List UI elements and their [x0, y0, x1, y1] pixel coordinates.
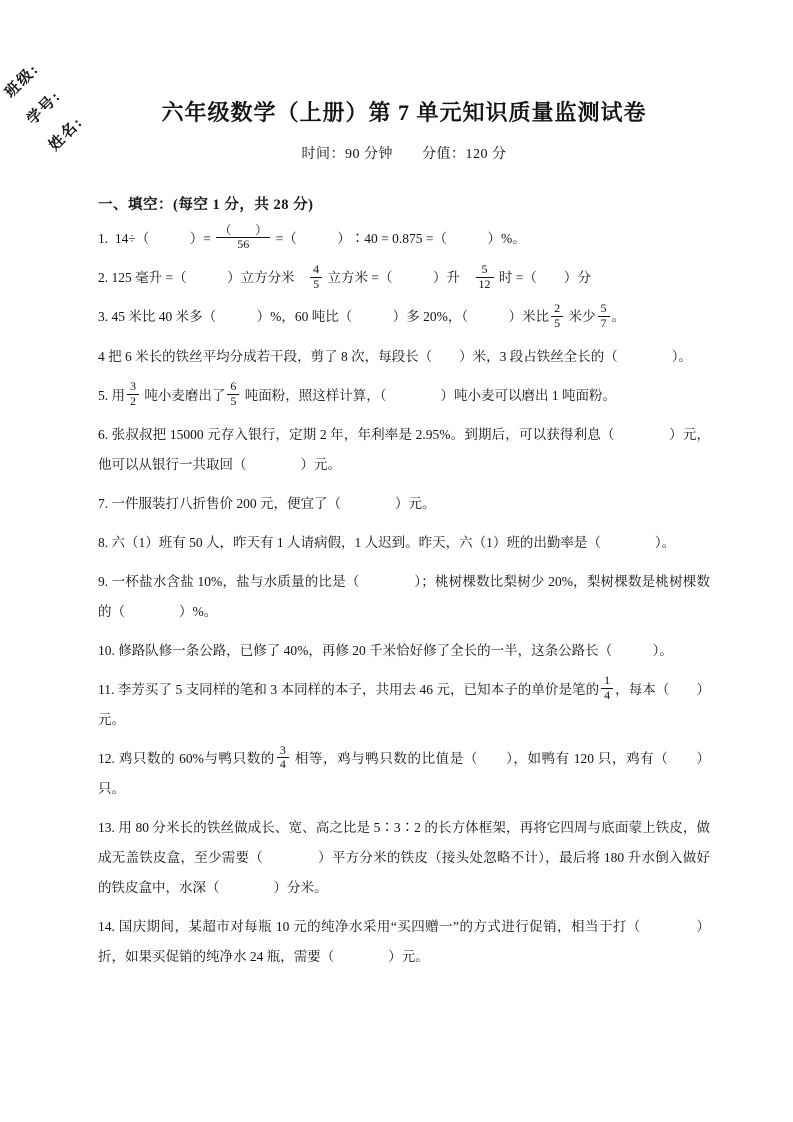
- fraction-numerator: 6: [227, 380, 239, 395]
- fraction: 512: [476, 263, 494, 292]
- fraction-denominator: 5: [310, 278, 322, 292]
- question: 8. 六（1）班有 50 人，昨天有 1 人请病假，1 人迟到。昨天，六（1）班…: [98, 528, 710, 558]
- fraction-numerator: 3: [277, 744, 289, 759]
- section-heading: 一、填空：(每空 1 分，共 28 分): [98, 193, 710, 214]
- fraction-denominator: 4: [277, 758, 289, 772]
- name-label: 姓名:: [44, 111, 88, 155]
- fraction: 14: [601, 674, 613, 703]
- question-list: 1. 14÷（ ）= （ ）56 =（ ）∶40 = 0.875 =（ ）%。2…: [98, 224, 710, 972]
- fraction: 65: [227, 380, 239, 409]
- question-text: 米少: [565, 309, 595, 324]
- fraction: （ ）56: [216, 224, 270, 253]
- question: 13. 用 80 分米长的铁丝做成长、宽、高之比是 5∶3∶2 的长方体框架，再…: [98, 813, 710, 903]
- question-text: 14. 国庆期间，某超市对每瓶 10 元的纯净水采用“买四赠一”的方式进行促销，…: [98, 919, 710, 964]
- fraction-denominator: 4: [601, 689, 613, 703]
- question-text: 11. 李芳买了 5 支同样的笔和 3 本同样的本子，共用去 46 元，已知本子…: [98, 682, 599, 697]
- question: 4 把 6 米长的铁丝平均分成若干段，剪了 8 次，每段长（ ）米，3 段占铁丝…: [98, 342, 710, 372]
- fraction: 34: [277, 744, 289, 773]
- fraction-numerator: 1: [601, 674, 613, 689]
- question: 3. 45 米比 40 米多（ ）%，60 吨比（ ）多 20%，（ ）米比25…: [98, 302, 710, 332]
- question: 6. 张叔叔把 15000 元存入银行，定期 2 年，年利率是 2.95%。到期…: [98, 420, 710, 480]
- question-text: 2. 125 毫升 =（ ）立方分米: [98, 270, 308, 285]
- class-label: 班级:: [0, 58, 43, 102]
- question-text: 4 把 6 米长的铁丝平均分成若干段，剪了 8 次，每段长（ ）米，3 段占铁丝…: [98, 349, 692, 364]
- page-title: 六年级数学（上册）第 7 单元知识质量监测试卷: [98, 96, 710, 127]
- question: 12. 鸡只数的 60%与鸭只数的34 相等，鸡与鸭只数的比值是（ ），如鸭有 …: [98, 744, 710, 804]
- fraction-denominator: 12: [476, 278, 494, 292]
- fraction-denominator: 2: [127, 395, 139, 409]
- fraction-denominator: 5: [551, 317, 563, 331]
- question-text: 8. 六（1）班有 50 人，昨天有 1 人请病假，1 人迟到。昨天，六（1）班…: [98, 535, 675, 550]
- fraction-numerator: 5: [598, 302, 610, 317]
- question: 5. 用32 吨小麦磨出了65 吨面粉，照这样计算，（ ）吨小麦可以磨出 1 吨…: [98, 381, 710, 411]
- question: 14. 国庆期间，某超市对每瓶 10 元的纯净水采用“买四赠一”的方式进行促销，…: [98, 912, 710, 972]
- question-text: 。: [612, 309, 626, 324]
- question-text: =（ ）∶40 = 0.875 =（ ）%。: [272, 231, 525, 246]
- question-text: 6. 张叔叔把 15000 元存入银行，定期 2 年，年利率是 2.95%。到期…: [98, 427, 710, 472]
- question-text: 7. 一件服装打八折售价 200 元，便宜了（ ）元。: [98, 496, 436, 511]
- question-text: 10. 修路队修一条公路，已修了 40%，再修 20 千米恰好修了全长的一半，这…: [98, 643, 673, 658]
- exam-content: 六年级数学（上册）第 7 单元知识质量监测试卷 时间：90 分钟 分值：120 …: [98, 96, 710, 981]
- fraction-denominator: 7: [598, 317, 610, 331]
- student-number-label: 学号:: [22, 85, 66, 129]
- question: 11. 李芳买了 5 支同样的笔和 3 本同样的本子，共用去 46 元，已知本子…: [98, 675, 710, 735]
- fraction-numerator: （ ）: [216, 224, 270, 239]
- fraction: 57: [598, 302, 610, 331]
- question-text: 3. 45 米比 40 米多（ ）%，60 吨比（ ）多 20%，（ ）米比: [98, 309, 549, 324]
- fraction-numerator: 5: [476, 263, 494, 278]
- question: 1. 14÷（ ）= （ ）56 =（ ）∶40 = 0.875 =（ ）%。: [98, 224, 710, 254]
- question-text: 吨小麦磨出了: [141, 388, 225, 403]
- exam-page: 班级: 学号: 姓名: 六年级数学（上册）第 7 单元知识质量监测试卷 时间：9…: [0, 0, 793, 1122]
- fraction-numerator: 3: [127, 380, 139, 395]
- question-text: 1. 14÷（ ）=: [98, 231, 214, 246]
- question: 9. 一杯盐水含盐 10%，盐与水质量的比是（ ）；桃树棵数比梨树少 20%，梨…: [98, 567, 710, 627]
- question-text: 5. 用: [98, 388, 125, 403]
- question-text: 立方米 =（ ）升: [324, 270, 473, 285]
- question: 10. 修路队修一条公路，已修了 40%，再修 20 千米恰好修了全长的一半，这…: [98, 636, 710, 666]
- question-text: 13. 用 80 分米长的铁丝做成长、宽、高之比是 5∶3∶2 的长方体框架，再…: [98, 820, 710, 895]
- fraction-denominator: 56: [216, 238, 270, 252]
- fraction: 32: [127, 380, 139, 409]
- question: 7. 一件服装打八折售价 200 元，便宜了（ ）元。: [98, 489, 710, 519]
- fraction-numerator: 4: [310, 263, 322, 278]
- fraction-numerator: 2: [551, 302, 563, 317]
- question-text: 吨面粉，照这样计算，（ ）吨小麦可以磨出 1 吨面粉。: [241, 388, 616, 403]
- question-text: 9. 一杯盐水含盐 10%，盐与水质量的比是（ ）；桃树棵数比梨树少 20%，梨…: [98, 574, 710, 619]
- fraction: 25: [551, 302, 563, 331]
- fraction: 45: [310, 263, 322, 292]
- question-text: 12. 鸡只数的 60%与鸭只数的: [98, 751, 275, 766]
- fraction-denominator: 5: [227, 395, 239, 409]
- exam-meta: 时间：90 分钟 分值：120 分: [98, 143, 710, 163]
- question-text: 时 =（ ）分: [496, 270, 591, 285]
- question: 2. 125 毫升 =（ ）立方分米 45 立方米 =（ ）升 512 时 =（…: [98, 263, 710, 293]
